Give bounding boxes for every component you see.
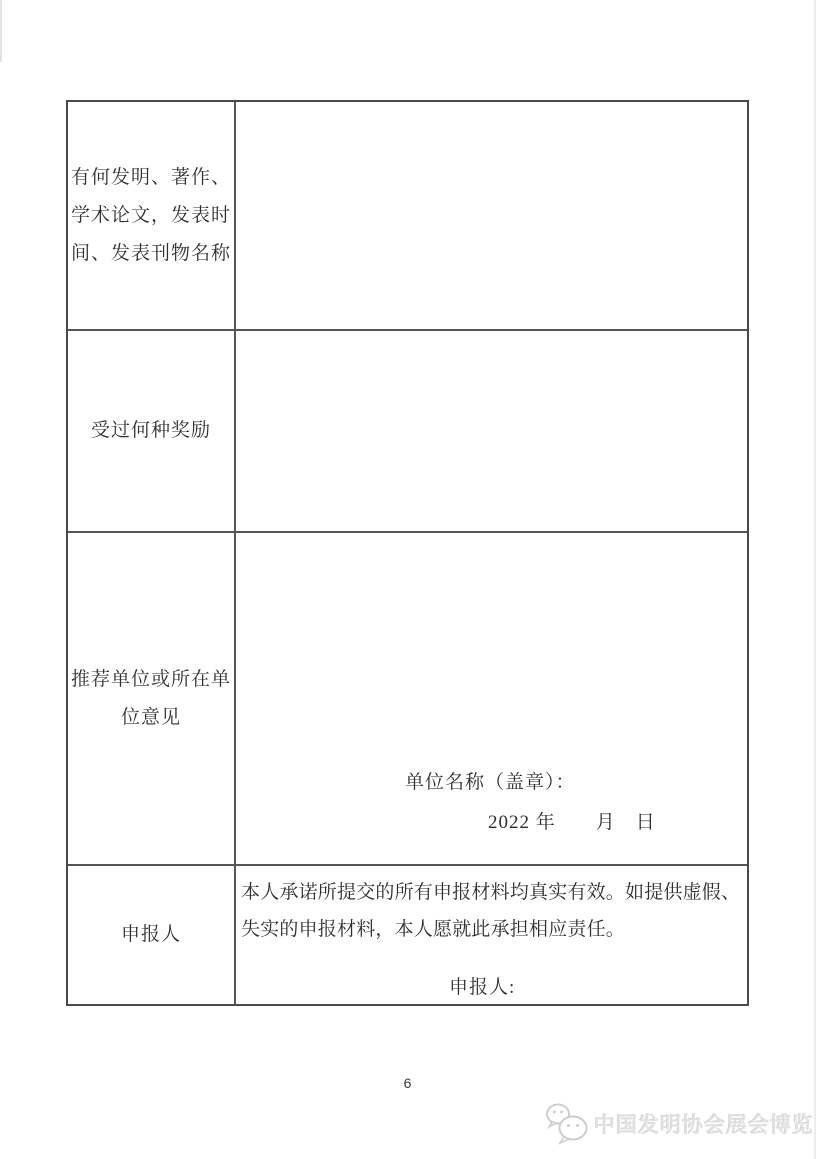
awards-label-line: 受过何种奖励: [91, 412, 211, 450]
recommendation-label-cell: 推荐单位或所在单 位意见: [68, 533, 236, 866]
recommendation-label-line: 位意见: [121, 699, 181, 737]
awards-label-cell: 受过何种奖励: [68, 331, 236, 533]
pledge-line: 本人承诺所提交的所有申报材料均真实有效。如提供虚假、: [241, 874, 743, 911]
scanned-form-page: 有何发明、著作、 学术论文，发表时 间、发表刊物名称 受过何种奖励 推荐单位或所…: [0, 0, 820, 1159]
publications-label-line: 学术论文，发表时: [71, 197, 231, 235]
watermark-text: 中国发明协会展会博览: [594, 1109, 814, 1139]
publications-value-cell: [236, 102, 747, 331]
wechat-icon: [545, 1102, 589, 1146]
unit-name-stamp-line: 单位名称（盖章）：: [405, 770, 576, 796]
watermark: 中国发明协会展会博览: [545, 1102, 814, 1146]
applicant-label-cell: 申报人: [68, 866, 236, 1004]
applicant-signature-label: 申报人:: [449, 977, 515, 999]
publications-label-cell: 有何发明、著作、 学术论文，发表时 间、发表刊物名称: [68, 102, 236, 331]
recommendation-label-line: 推荐单位或所在单: [71, 661, 231, 699]
page-number: 6: [66, 1074, 749, 1092]
applicant-value-cell: 本人承诺所提交的所有申报材料均真实有效。如提供虚假、 失实的申报材料，本人愿就此…: [236, 866, 747, 1004]
applicant-label-line: 申报人: [121, 916, 181, 954]
pledge-line: 失实的申报材料，本人愿就此承担相应责任。: [241, 911, 743, 948]
pledge-paragraph: 本人承诺所提交的所有申报材料均真实有效。如提供虚假、 失实的申报材料，本人愿就此…: [241, 874, 743, 948]
publications-label-line: 间、发表刊物名称: [71, 235, 231, 273]
application-form-table: 有何发明、著作、 学术论文，发表时 间、发表刊物名称 受过何种奖励 推荐单位或所…: [66, 100, 749, 1006]
scan-edge-artifact-right: [814, 0, 816, 1159]
awards-value-cell: [236, 331, 747, 533]
scan-edge-artifact-left: [0, 0, 2, 62]
signature-date-line: 2022 年 月 日: [488, 810, 656, 836]
publications-label-line: 有何发明、著作、: [71, 159, 231, 197]
recommendation-value-cell: 单位名称（盖章）： 2022 年 月 日: [236, 533, 747, 866]
